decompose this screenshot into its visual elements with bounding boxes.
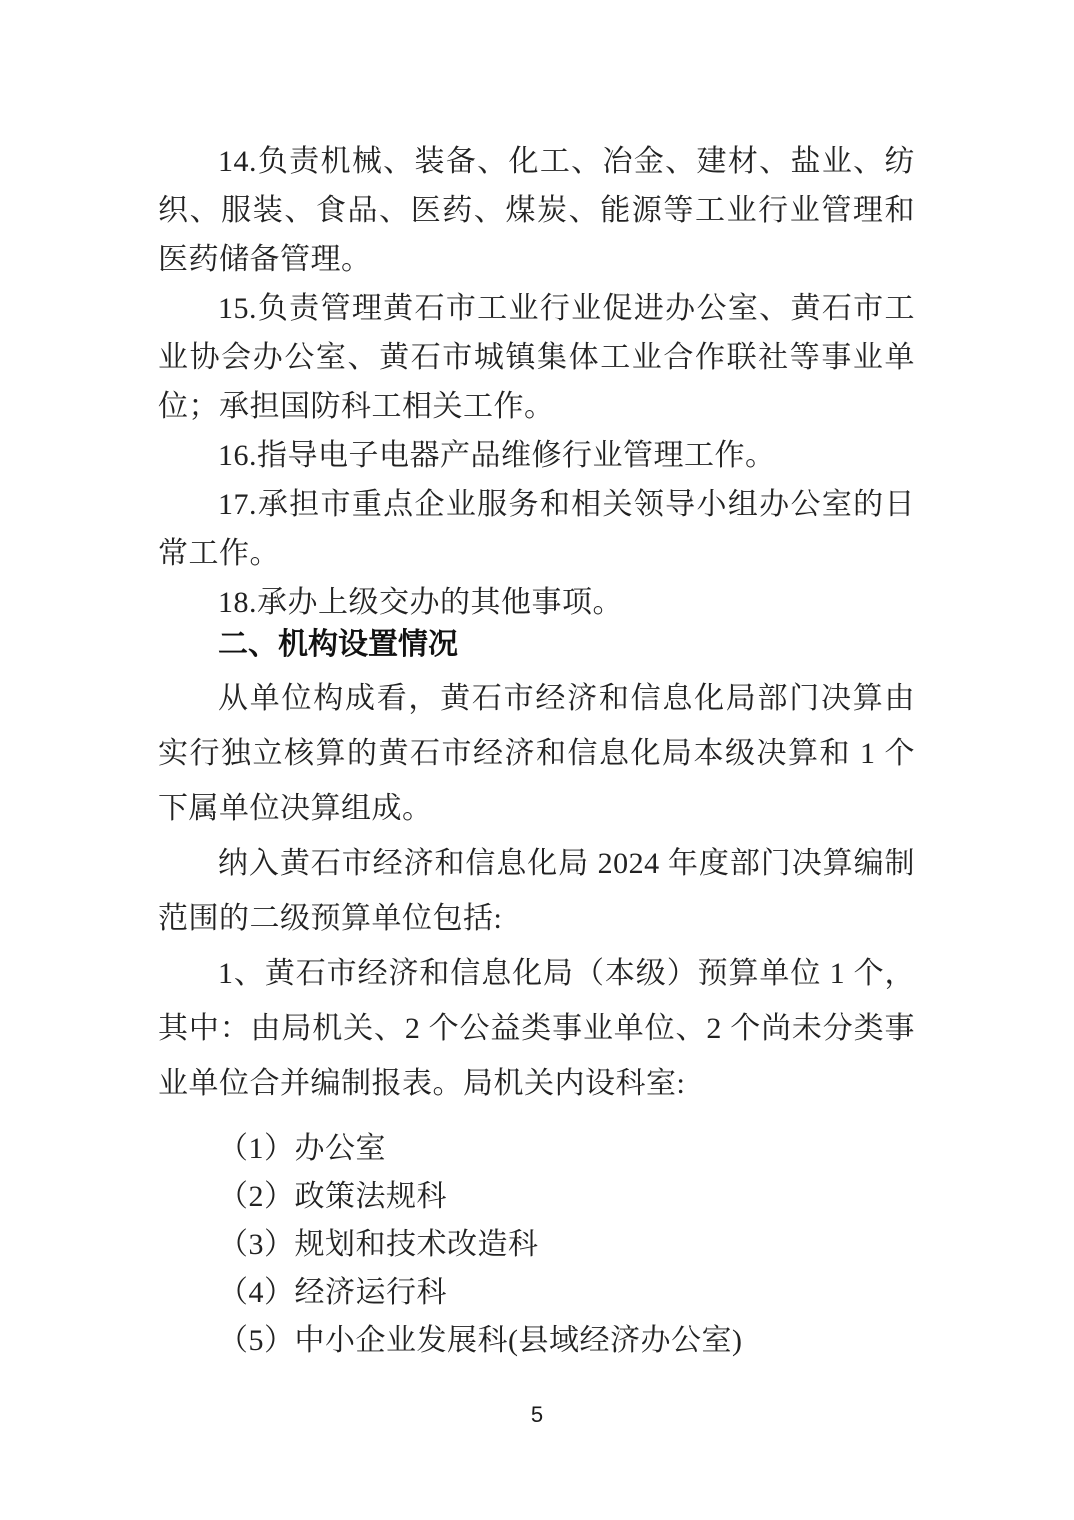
page-number: 5 bbox=[0, 1402, 1074, 1428]
dept-item-planning-tech: （3）规划和技术改造科 bbox=[158, 1221, 915, 1269]
dept-item-economic-operation: （4）经济运行科 bbox=[158, 1269, 915, 1317]
document-page: 14.负责机械、装备、化工、冶金、建材、盐业、纺织、服装、食品、医药、煤炭、能源… bbox=[0, 0, 1074, 1520]
dept-item-sme-development: （5）中小企业发展科(县域经济办公室) bbox=[158, 1317, 915, 1365]
dept-item-policy-law: （2）政策法规科 bbox=[158, 1173, 915, 1221]
duty-item-17: 17.承担市重点企业服务和相关领导小组办公室的日常工作。 bbox=[158, 480, 915, 578]
document-body: 14.负责机械、装备、化工、冶金、建材、盐业、纺织、服装、食品、医药、煤炭、能源… bbox=[158, 137, 915, 1365]
duty-item-15: 15.负责管理黄石市工业行业促进办公室、黄石市工业协会办公室、黄石市城镇集体工业… bbox=[158, 284, 915, 431]
internal-department-list: （1）办公室 （2）政策法规科 （3）规划和技术改造科 （4）经济运行科 （5）… bbox=[158, 1125, 915, 1365]
duty-item-14: 14.负责机械、装备、化工、冶金、建材、盐业、纺织、服装、食品、医药、煤炭、能源… bbox=[158, 137, 915, 284]
org-composition-paragraph: 从单位构成看，黄石市经济和信息化局部门决算由实行独立核算的黄石市经济和信息化局本… bbox=[158, 671, 915, 836]
org-scope-paragraph: 纳入黄石市经济和信息化局 2024 年度部门决算编制范围的二级预算单位包括: bbox=[158, 836, 915, 946]
org-budget-unit-paragraph: 1、黄石市经济和信息化局（本级）预算单位 1 个，其中：由局机关、2 个公益类事… bbox=[158, 946, 915, 1111]
duty-item-16: 16.指导电子电器产品维修行业管理工作。 bbox=[158, 431, 915, 480]
dept-item-office: （1）办公室 bbox=[158, 1125, 915, 1173]
